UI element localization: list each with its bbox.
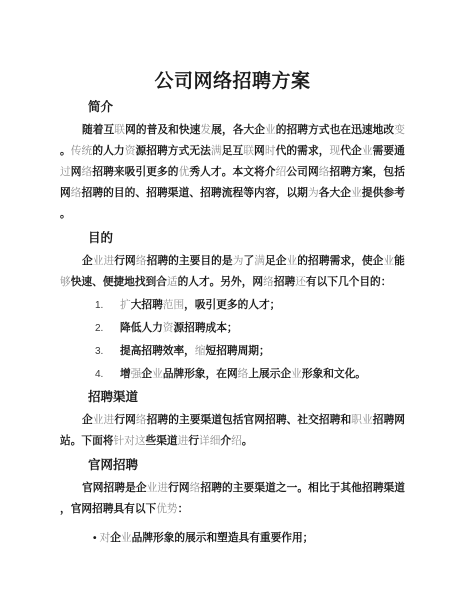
text-run: 快速、便捷地找到合 — [71, 276, 167, 288]
list-marker: 2. — [95, 319, 103, 339]
text-run: 优 — [179, 166, 190, 178]
text-run: 随着互 — [82, 124, 114, 136]
text-run: 招聘的主要目的是 — [147, 255, 233, 267]
text-run: 络 — [136, 255, 147, 267]
text-run: 官网招聘是企 — [82, 482, 147, 494]
text-run: 品牌形象，在网 — [163, 368, 238, 380]
text-run: 业进 — [93, 414, 115, 426]
text-run: 行 — [188, 435, 199, 447]
text-run: 绍 — [276, 166, 287, 178]
text-run: 络 — [71, 187, 82, 199]
text-run: 为 — [233, 255, 244, 267]
text-run: 秀人才。本文将介 — [189, 166, 275, 178]
text-run: 联 — [114, 124, 125, 136]
bullet-icon: • — [93, 533, 97, 544]
text-run: 的人才。另外，网 — [178, 276, 264, 288]
text-run: 目的 — [88, 231, 113, 245]
text-run: 资 — [163, 322, 174, 334]
text-run: 有以下几个目的： — [306, 276, 392, 288]
text-run: 行网 — [114, 414, 136, 426]
bullet-item: •对企业品牌形象的展示和塑造具有重要作用； — [93, 528, 405, 549]
text-run: 简介 — [88, 100, 113, 114]
text-run: 优势 — [156, 503, 177, 515]
text-run: 招聘的主要渠道包括官网招聘、社交招聘和 — [147, 414, 352, 426]
text-run: 企 — [141, 368, 152, 380]
text-run: 企 — [82, 255, 93, 267]
text-run: 。 — [60, 145, 71, 157]
text-run: 业 — [121, 532, 132, 544]
text-run: 满 — [254, 255, 265, 267]
text-run: 绍 — [231, 435, 242, 447]
text-run: 针对这 — [113, 435, 145, 447]
text-run: 招聘渠道 — [88, 390, 138, 404]
text-run: 企 — [82, 414, 93, 426]
text-run: 各大企 — [319, 187, 351, 199]
text-run: 时 — [265, 145, 276, 157]
text-run: 络 — [263, 276, 274, 288]
text-run: 企 — [110, 532, 121, 544]
section-heading: 目的 — [88, 230, 405, 247]
text-run: 。 — [242, 435, 253, 447]
text-run: 招聘 — [274, 276, 295, 288]
text-run: 对 — [100, 532, 111, 544]
text-run: 业 — [152, 368, 163, 380]
text-run: 进 — [178, 435, 189, 447]
list-marker: 4. — [95, 365, 103, 385]
text-run: 络 — [319, 166, 330, 178]
text-run: 过 — [60, 166, 71, 178]
document-page: 公司网络招聘方案简介随着互联网的普及和快速发展，各大企业的招聘方式也在迅速地改变… — [0, 0, 463, 600]
text-run: 职业 — [351, 414, 373, 426]
list-item: 2.降低人力资源招聘成本； — [95, 318, 405, 338]
text-run: 为 — [308, 187, 319, 199]
text-run: 网的普及和快速 — [125, 124, 200, 136]
text-run: 适 — [167, 276, 178, 288]
text-run: 官网招聘 — [88, 458, 138, 472]
text-run: 公司网 — [286, 166, 318, 178]
text-run: 源招聘成本； — [173, 322, 237, 334]
text-run: 联 — [243, 145, 254, 157]
text-run: 代企 — [340, 145, 362, 157]
text-run: 还 — [295, 276, 306, 288]
text-run: 范围 — [163, 299, 184, 311]
text-run: 的招聘需求，使企 — [297, 255, 383, 267]
list-item: 1.扩大招聘范围，吸引更多的人才； — [95, 295, 405, 315]
text-run: 招聘来吸引更多的 — [92, 166, 178, 178]
text-run: 业 — [287, 255, 298, 267]
text-run: 足互 — [222, 145, 244, 157]
text-run: 招聘的目的、招聘渠道、招聘流程等内容，以期 — [82, 187, 308, 199]
text-run: 增 — [120, 368, 131, 380]
section-heading: 招聘渠道 — [88, 389, 405, 406]
text-run: 业进 — [93, 255, 115, 267]
section-heading: 官网招聘 — [88, 457, 405, 474]
text-run: 络 — [238, 368, 249, 380]
text-run: 源招聘方式无法 — [135, 145, 210, 157]
text-run: 业 — [265, 124, 276, 136]
text-run: 业 — [362, 145, 373, 157]
text-run: 络 — [136, 414, 147, 426]
text-run: 网 — [71, 166, 82, 178]
text-run: 行网 — [168, 482, 190, 494]
text-run: 业 — [351, 187, 362, 199]
text-run: 形象和文化。 — [302, 368, 366, 380]
text-run: 络 — [82, 166, 93, 178]
text-run: 业 — [291, 368, 302, 380]
text-run: 满 — [211, 145, 222, 157]
text-run: 变 — [394, 124, 405, 136]
text-run: ，吸引更多的人才； — [184, 299, 280, 311]
text-run: 行网 — [114, 255, 136, 267]
text-run: 足企 — [265, 255, 287, 267]
list-marker: 3. — [95, 342, 103, 362]
text-run: 代的需求， — [276, 145, 330, 157]
text-run: 详细 — [199, 435, 220, 447]
text-run: 需要通 — [373, 145, 405, 157]
text-run: 发 — [200, 124, 211, 136]
paragraph: 企业进行网络招聘的主要渠道包括官网招聘、社交招聘和职业招聘网站。下面将针对这些渠… — [60, 410, 405, 452]
text-run: 够 — [60, 276, 71, 288]
text-run: 公司网络招聘方案 — [154, 71, 310, 92]
paragraph: 随着互联网的普及和快速发展，各大企业的招聘方式也在迅速地改变。传统的人力资源招聘… — [60, 120, 405, 225]
text-run: 的人力 — [92, 145, 124, 157]
text-run: 提高招聘效率， — [120, 345, 195, 357]
text-run: 降低人力 — [120, 322, 163, 334]
text-run: 大招聘 — [131, 299, 163, 311]
text-run: 网 — [254, 145, 265, 157]
text-run: 能 — [394, 255, 405, 267]
text-run: 强 — [131, 368, 142, 380]
paragraph: 企业进行网络招聘的主要目的是为了满足企业的招聘需求，使企业能够快速、便捷地找到合… — [60, 251, 405, 293]
section-heading: 简介 — [88, 99, 405, 116]
list-marker: 1. — [95, 296, 103, 316]
text-run: 展，各大企 — [211, 124, 265, 136]
document-content: 公司网络招聘方案简介随着互联网的普及和快速发展，各大企业的招聘方式也在迅速地改变… — [60, 69, 405, 549]
text-run: 缩 — [195, 345, 206, 357]
doc-title: 公司网络招聘方案 — [60, 69, 405, 94]
text-run: 业 — [383, 255, 394, 267]
text-run: 业进 — [147, 482, 169, 494]
text-run: 上展示企 — [248, 368, 291, 380]
text-run: 现 — [330, 145, 341, 157]
text-run: 介 — [220, 435, 231, 447]
text-run: 传统 — [71, 145, 93, 157]
list-item: 4.增强企业品牌形象，在网络上展示企业形象和文化。 — [95, 364, 405, 384]
text-run: 的招聘方式也在迅速地改 — [276, 124, 394, 136]
text-run: ： — [178, 503, 189, 515]
text-run: 了 — [243, 255, 254, 267]
text-run: 络 — [190, 482, 201, 494]
paragraph: 官网招聘是企业进行网络招聘的主要渠道之一。相比于其他招聘渠道，官网招聘具有以下优… — [60, 478, 405, 520]
text-run: 短招聘周期； — [206, 345, 270, 357]
text-run: 品牌形象的展示和塑造具有重要作用； — [132, 532, 314, 544]
text-run: 资 — [125, 145, 136, 157]
list-item: 3.提高招聘效率，缩短招聘周期； — [95, 341, 405, 361]
text-run: 扩 — [120, 299, 131, 311]
text-run: 些渠道 — [146, 435, 178, 447]
